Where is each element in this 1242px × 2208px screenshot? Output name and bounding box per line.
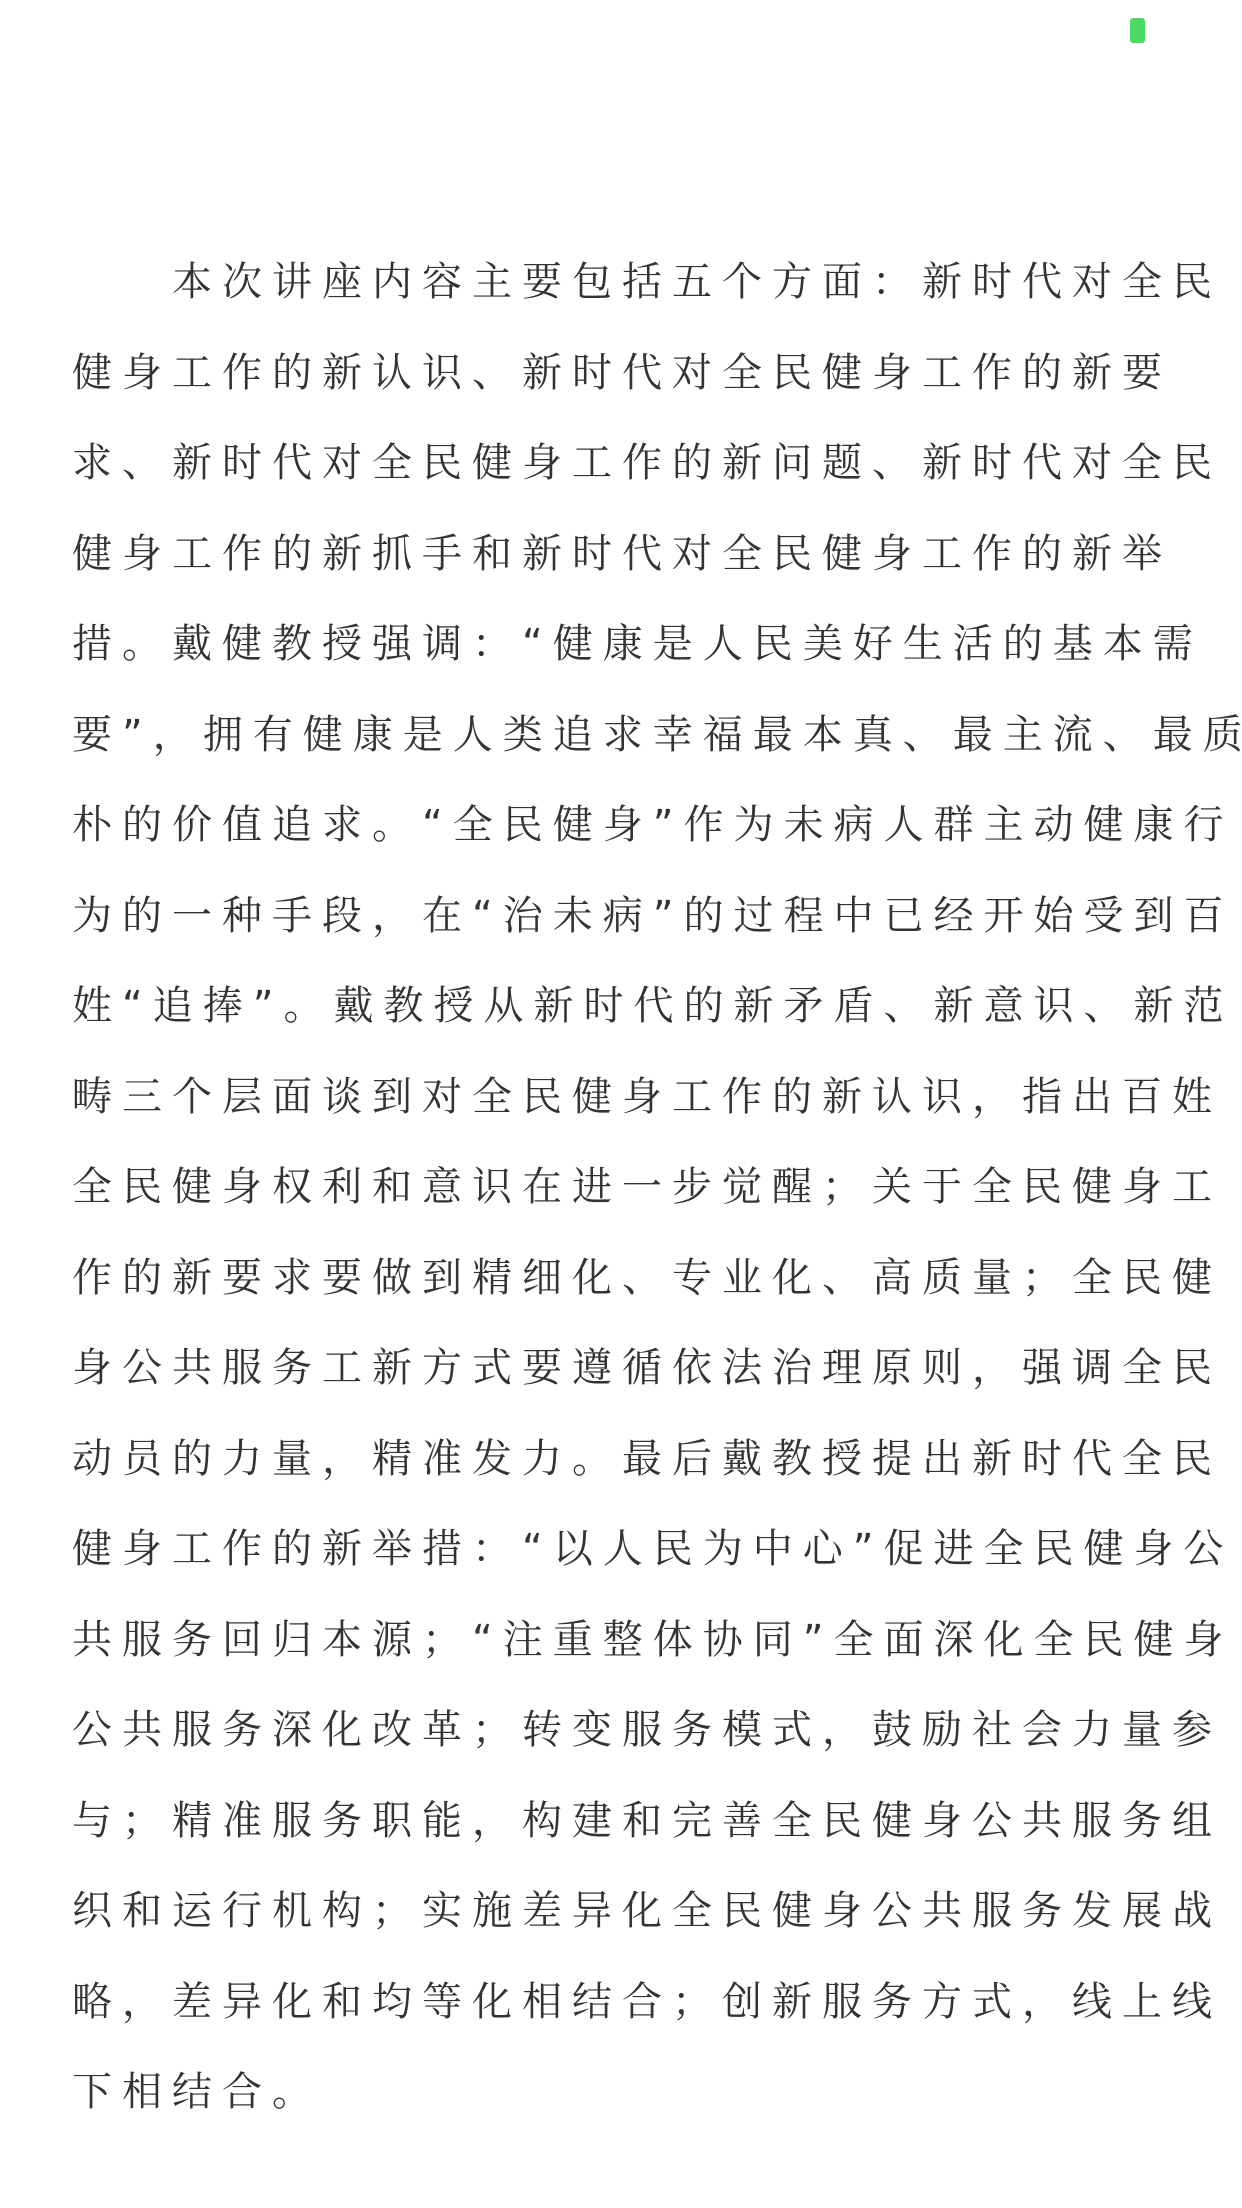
text-line: 姓“追捧”。戴教授从新时代的新矛盾、新意识、新范	[72, 974, 1182, 1065]
text-line: 健身工作的新举措：“以人民为中心”促进全民健身公	[72, 1517, 1182, 1608]
text-line: 健身工作的新抓手和新时代对全民健身工作的新举	[72, 522, 1182, 613]
text-line: 要”，拥有健康是人类追求幸福最本真、最主流、最质	[72, 703, 1182, 794]
article-body: 本次讲座内容主要包括五个方面：新时代对全民 健身工作的新认识、新时代对全民健身工…	[72, 250, 1182, 2151]
text-line: 下相结合。	[72, 2060, 1182, 2151]
text-line: 畴三个层面谈到对全民健身工作的新认识，指出百姓	[72, 1065, 1182, 1156]
text-line: 健身工作的新认识、新时代对全民健身工作的新要	[72, 341, 1182, 432]
text-line: 织和运行机构；实施差异化全民健身公共服务发展战	[72, 1879, 1182, 1970]
text-line: 为的一种手段，在“治未病”的过程中已经开始受到百	[72, 884, 1182, 975]
battery-indicator-icon	[1130, 18, 1145, 43]
text-line: 身公共服务工新方式要遵循依法治理原则，强调全民	[72, 1336, 1182, 1427]
text-line: 全民健身权利和意识在进一步觉醒；关于全民健身工	[72, 1155, 1182, 1246]
text-line: 公共服务深化改革；转变服务模式，鼓励社会力量参	[72, 1698, 1182, 1789]
text-line: 作的新要求要做到精细化、专业化、高质量；全民健	[72, 1246, 1182, 1337]
text-line: 共服务回归本源；“注重整体协同”全面深化全民健身	[72, 1608, 1182, 1699]
text-line: 与；精准服务职能，构建和完善全民健身公共服务组	[72, 1789, 1182, 1880]
text-line: 动员的力量，精准发力。最后戴教授提出新时代全民	[72, 1427, 1182, 1518]
text-line: 措。戴健教授强调：“健康是人民美好生活的基本需	[72, 612, 1182, 703]
text-line: 朴的价值追求。“全民健身”作为未病人群主动健康行	[72, 793, 1182, 884]
text-line: 略，差异化和均等化相结合；创新服务方式，线上线	[72, 1970, 1182, 2061]
text-line: 本次讲座内容主要包括五个方面：新时代对全民	[72, 250, 1182, 341]
text-line: 求、新时代对全民健身工作的新问题、新时代对全民	[72, 431, 1182, 522]
